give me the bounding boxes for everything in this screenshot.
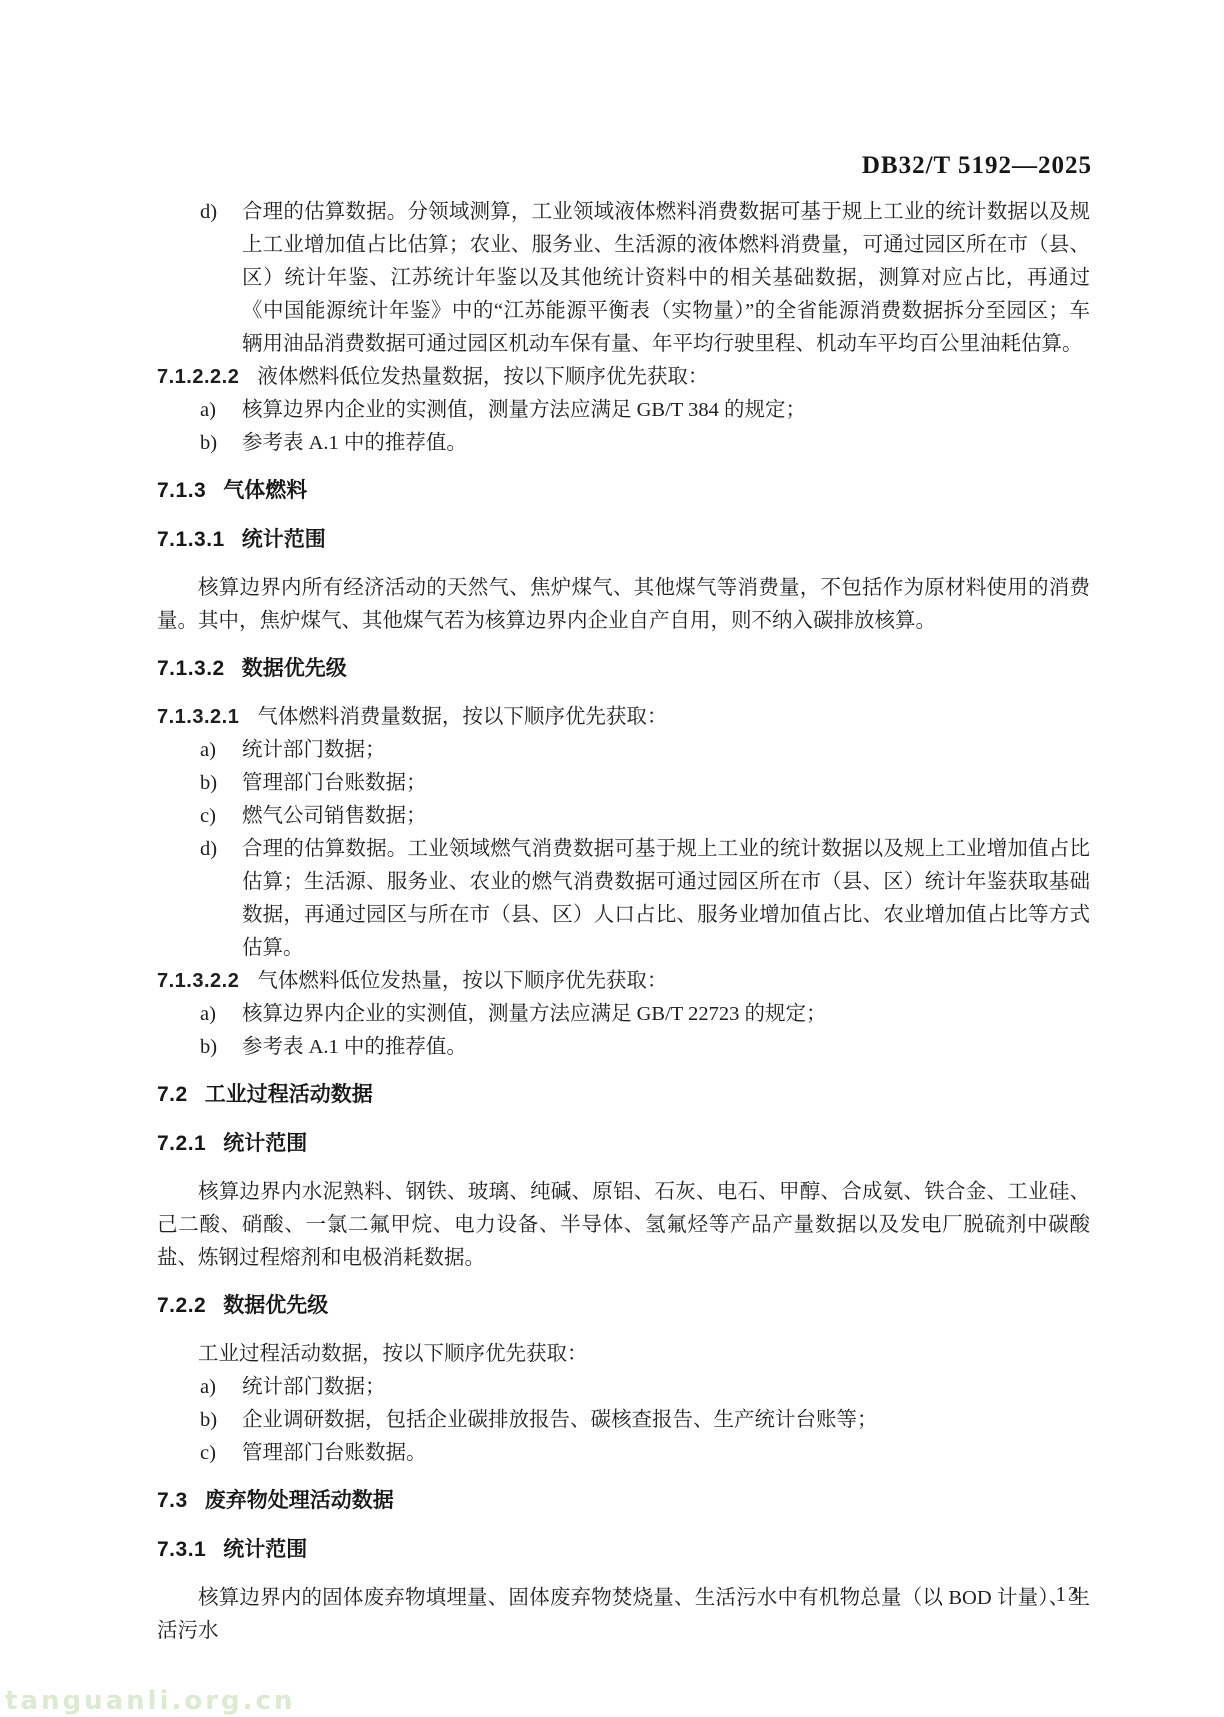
list-item-text: 合理的估算数据。工业领域燃气消费数据可基于规上工业的统计数据以及规上工业增加值占… bbox=[242, 833, 1090, 965]
list-item: c)燃气公司销售数据； bbox=[157, 800, 1090, 833]
list-item-letter: d) bbox=[200, 833, 242, 965]
section-heading-number: 7.1.3 bbox=[157, 479, 206, 502]
list-item: a)核算边界内企业的实测值，测量方法应满足 GB/T 384 的规定； bbox=[157, 394, 1090, 427]
list-item-text: 核算边界内企业的实测值，测量方法应满足 GB/T 22723 的规定； bbox=[242, 998, 1090, 1031]
document-header: DB32/T 5192—2025 bbox=[0, 152, 1092, 180]
list-item: a)核算边界内企业的实测值，测量方法应满足 GB/T 22723 的规定； bbox=[157, 998, 1090, 1031]
list-item-letter: a) bbox=[200, 998, 242, 1031]
list-item-text: 参考表 A.1 中的推荐值。 bbox=[242, 427, 1090, 460]
section-heading: 7.1.3.2数据优先级 bbox=[157, 652, 1090, 685]
body-paragraph: 核算边界内的固体废弃物填埋量、固体废弃物焚烧量、生活污水中有机物总量（以 BOD… bbox=[157, 1582, 1090, 1648]
clause-text: 气体燃料低位发热量，按以下顺序优先获取： bbox=[257, 970, 667, 992]
section-heading: 7.2工业过程活动数据 bbox=[157, 1078, 1090, 1111]
section-heading-title: 统计范围 bbox=[242, 528, 326, 551]
clause-number: 7.1.3.2.2 bbox=[157, 970, 239, 992]
list-item: d)合理的估算数据。工业领域燃气消费数据可基于规上工业的统计数据以及规上工业增加… bbox=[157, 833, 1090, 965]
section-heading-title: 废弃物处理活动数据 bbox=[205, 1489, 394, 1512]
list-item: c)管理部门台账数据。 bbox=[157, 1437, 1090, 1470]
list-item: d)合理的估算数据。分领域测算，工业领域液体燃料消费数据可基于规上工业的统计数据… bbox=[157, 196, 1090, 361]
list-item-text: 管理部门台账数据。 bbox=[242, 1437, 1090, 1470]
section-heading: 7.3.1统计范围 bbox=[157, 1533, 1090, 1566]
section-heading: 7.2.1统计范围 bbox=[157, 1127, 1090, 1160]
list-item-text: 统计部门数据； bbox=[242, 734, 1090, 767]
list-item-letter: c) bbox=[200, 1437, 242, 1470]
list-item-text: 管理部门台账数据； bbox=[242, 767, 1090, 800]
list-item: b)参考表 A.1 中的推荐值。 bbox=[157, 427, 1090, 460]
body-paragraph: 工业过程活动数据，按以下顺序优先获取： bbox=[157, 1338, 1090, 1371]
list-item: b)参考表 A.1 中的推荐值。 bbox=[157, 1031, 1090, 1064]
list-item-letter: a) bbox=[200, 734, 242, 767]
list-item-letter: b) bbox=[200, 767, 242, 800]
list-item-letter: c) bbox=[200, 800, 242, 833]
list-item-text: 核算边界内企业的实测值，测量方法应满足 GB/T 384 的规定； bbox=[242, 394, 1090, 427]
page-number: 13 bbox=[1048, 1582, 1088, 1607]
section-heading-title: 数据优先级 bbox=[242, 657, 347, 680]
section-heading-number: 7.2 bbox=[157, 1083, 188, 1106]
section-heading-number: 7.2.2 bbox=[157, 1294, 206, 1317]
standard-code: DB32/T 5192—2025 bbox=[862, 152, 1092, 179]
clause-number: 7.1.3.2.1 bbox=[157, 706, 239, 728]
clause-paragraph: 7.1.3.2.2气体燃料低位发热量，按以下顺序优先获取： bbox=[157, 965, 1090, 998]
section-heading: 7.2.2数据优先级 bbox=[157, 1289, 1090, 1322]
list-item-text: 燃气公司销售数据； bbox=[242, 800, 1090, 833]
list-item-letter: d) bbox=[200, 196, 242, 361]
clause-paragraph: 7.1.2.2.2液体燃料低位发热量数据，按以下顺序优先获取： bbox=[157, 361, 1090, 394]
list-item: a)统计部门数据； bbox=[157, 1371, 1090, 1404]
list-item: b)管理部门台账数据； bbox=[157, 767, 1090, 800]
clause-paragraph: 7.1.3.2.1气体燃料消费量数据，按以下顺序优先获取： bbox=[157, 701, 1090, 734]
section-heading: 7.1.3气体燃料 bbox=[157, 474, 1090, 507]
document-body: d)合理的估算数据。分领域测算，工业领域液体燃料消费数据可基于规上工业的统计数据… bbox=[157, 196, 1090, 1648]
list-item-text: 企业调研数据，包括企业碳排放报告、碳核查报告、生产统计台账等； bbox=[242, 1404, 1090, 1437]
section-heading-number: 7.2.1 bbox=[157, 1132, 206, 1155]
document-page: DB32/T 5192—2025 d)合理的估算数据。分领域测算，工业领域液体燃… bbox=[0, 0, 1224, 1717]
list-item-letter: a) bbox=[200, 1371, 242, 1404]
section-heading-title: 统计范围 bbox=[223, 1132, 307, 1155]
section-heading-title: 统计范围 bbox=[223, 1538, 307, 1561]
list-item: b)企业调研数据，包括企业碳排放报告、碳核查报告、生产统计台账等； bbox=[157, 1404, 1090, 1437]
body-paragraph: 核算边界内所有经济活动的天然气、焦炉煤气、其他煤气等消费量，不包括作为原材料使用… bbox=[157, 572, 1090, 638]
clause-text: 气体燃料消费量数据，按以下顺序优先获取： bbox=[257, 706, 667, 728]
section-heading: 7.3废弃物处理活动数据 bbox=[157, 1484, 1090, 1517]
section-heading-title: 数据优先级 bbox=[223, 1294, 328, 1317]
section-heading-number: 7.3 bbox=[157, 1489, 188, 1512]
clause-text: 液体燃料低位发热量数据，按以下顺序优先获取： bbox=[257, 366, 708, 388]
section-heading-number: 7.1.3.2 bbox=[157, 657, 225, 680]
section-heading-number: 7.3.1 bbox=[157, 1538, 206, 1561]
list-item-text: 参考表 A.1 中的推荐值。 bbox=[242, 1031, 1090, 1064]
clause-number: 7.1.2.2.2 bbox=[157, 366, 239, 388]
list-item-letter: a) bbox=[200, 394, 242, 427]
list-item-letter: b) bbox=[200, 427, 242, 460]
list-item-text: 统计部门数据； bbox=[242, 1371, 1090, 1404]
body-paragraph: 核算边界内水泥熟料、钢铁、玻璃、纯碱、原铝、石灰、电石、甲醇、合成氨、铁合金、工… bbox=[157, 1176, 1090, 1275]
list-item-text: 合理的估算数据。分领域测算，工业领域液体燃料消费数据可基于规上工业的统计数据以及… bbox=[242, 196, 1090, 361]
list-item-letter: b) bbox=[200, 1404, 242, 1437]
section-heading: 7.1.3.1统计范围 bbox=[157, 523, 1090, 556]
section-heading-title: 工业过程活动数据 bbox=[205, 1083, 373, 1106]
section-heading-title: 气体燃料 bbox=[223, 479, 307, 502]
list-item: a)统计部门数据； bbox=[157, 734, 1090, 767]
section-heading-number: 7.1.3.1 bbox=[157, 528, 225, 551]
watermark: tanguanli.org.cn bbox=[5, 1686, 295, 1716]
list-item-letter: b) bbox=[200, 1031, 242, 1064]
